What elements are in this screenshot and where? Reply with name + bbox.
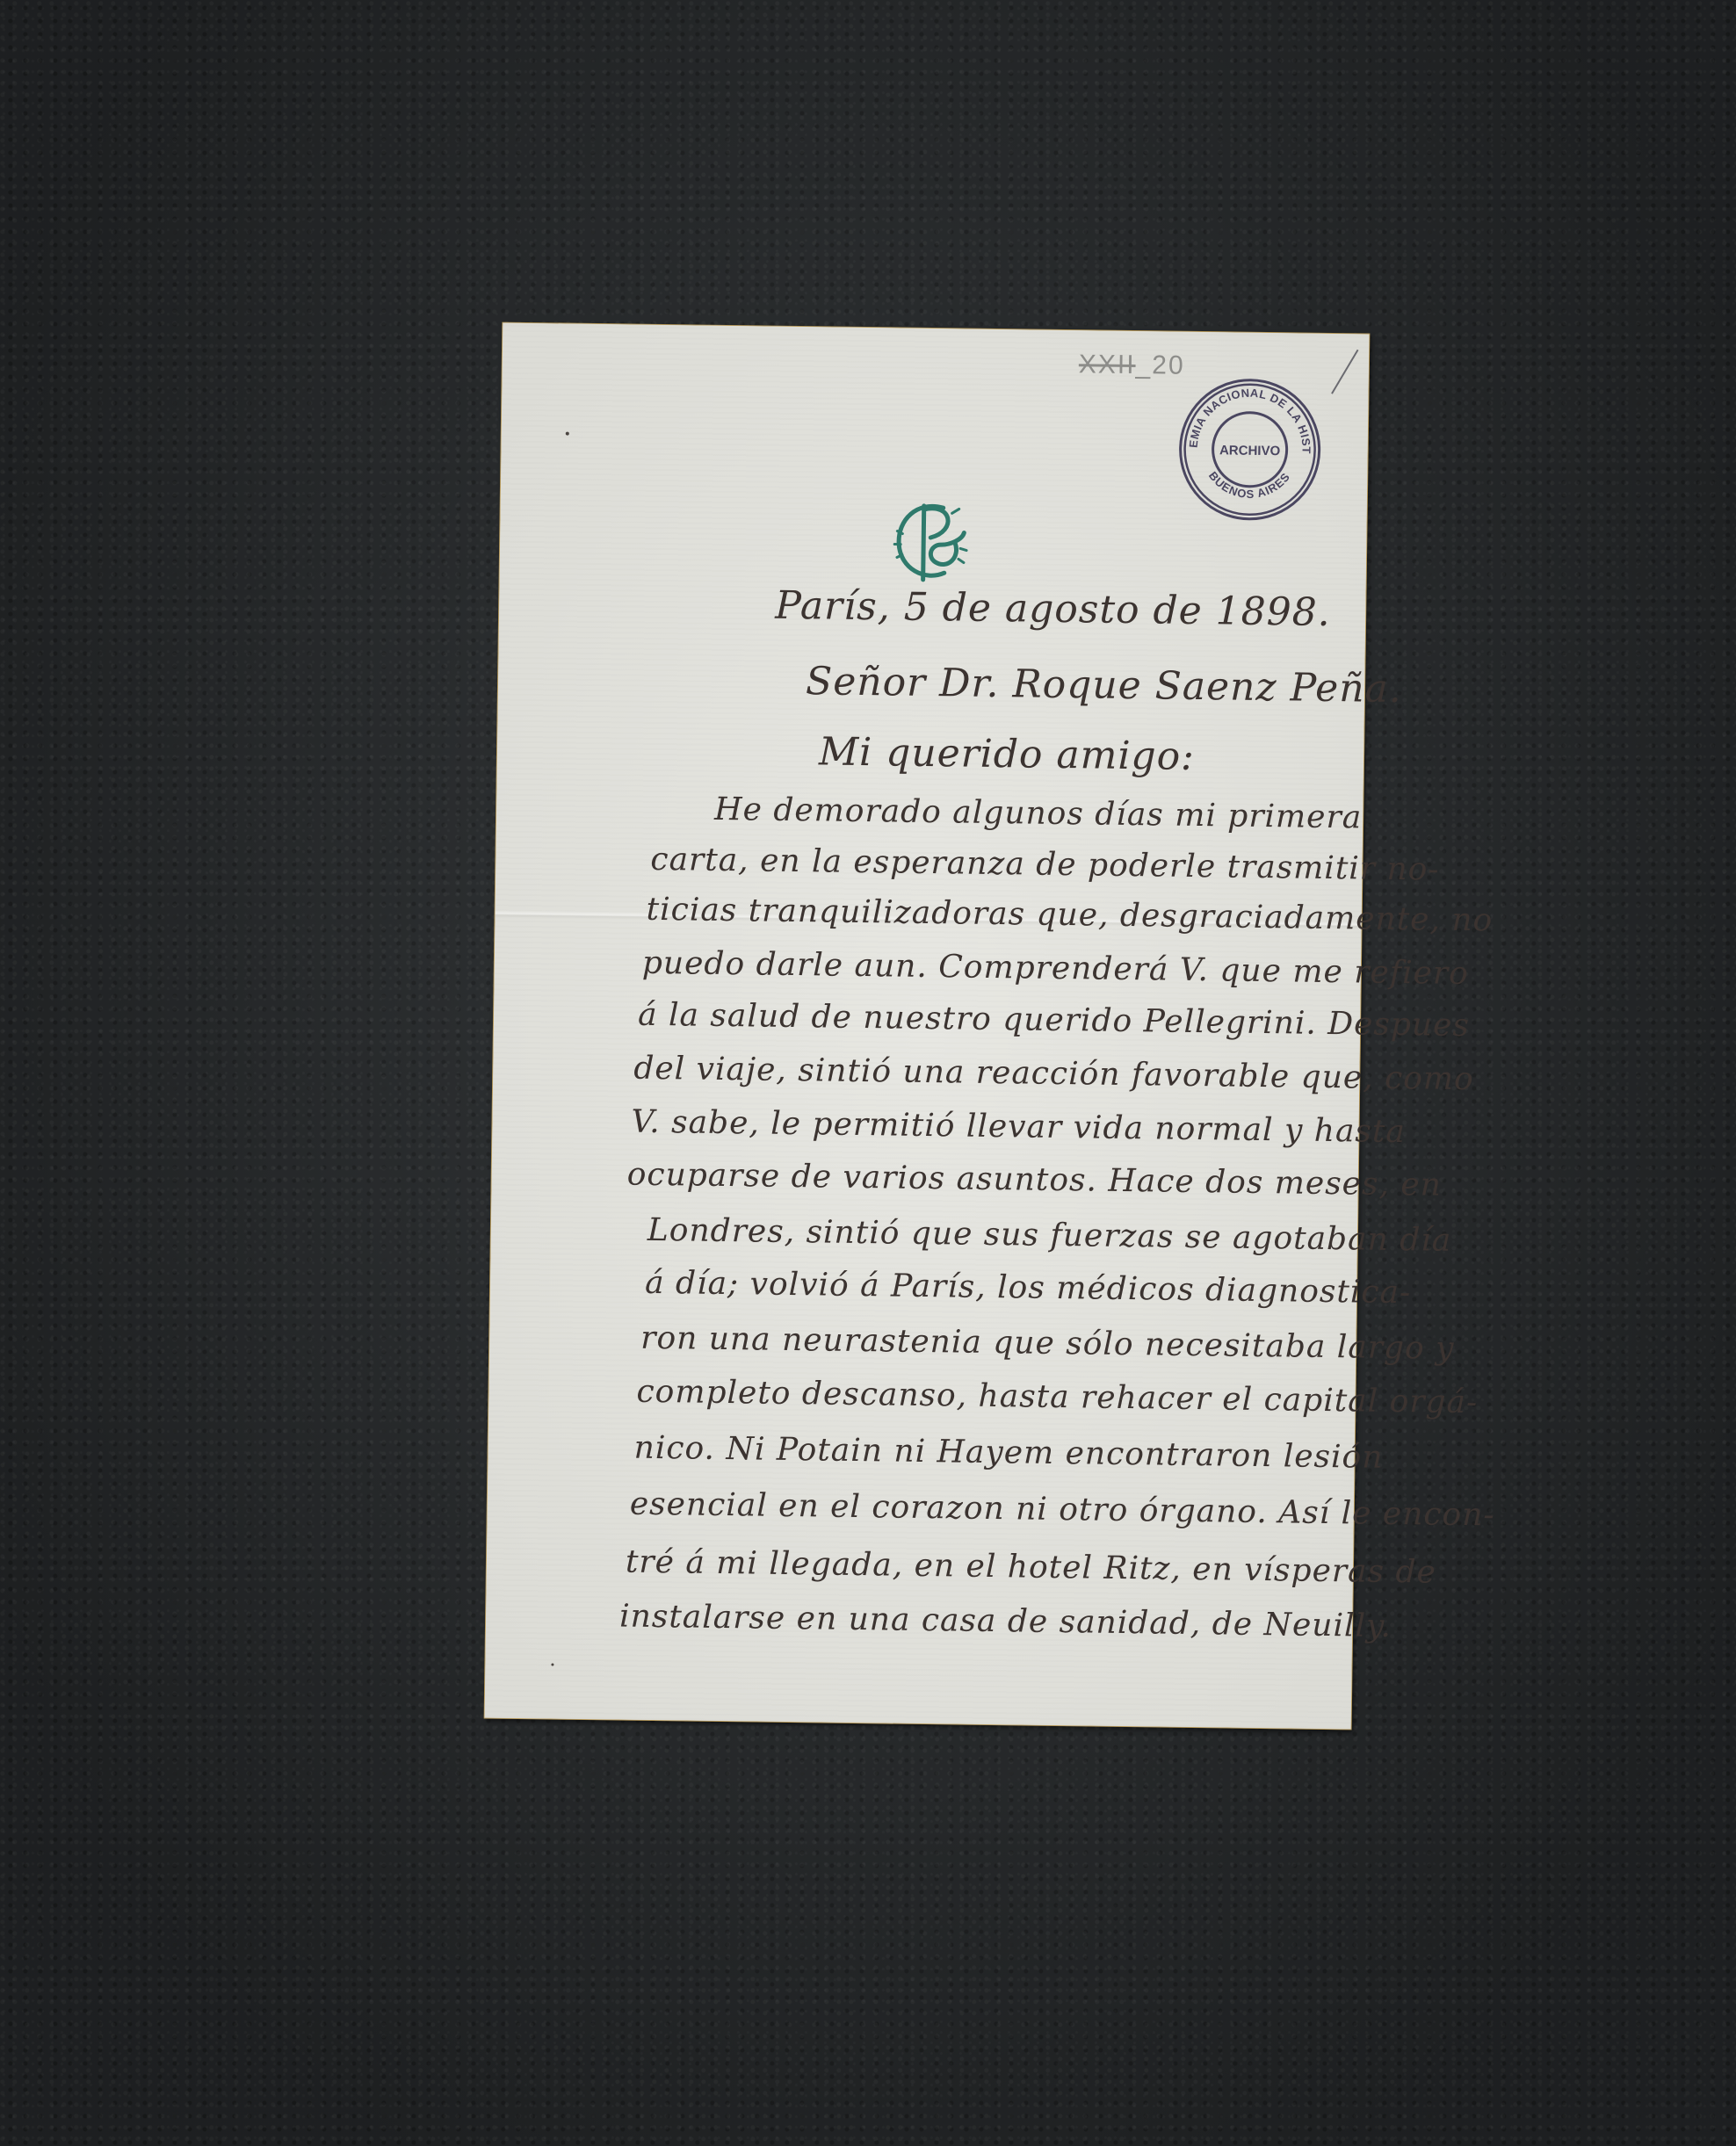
letter-date-line: París, 5 de agosto de 1898. [775, 583, 1331, 635]
letter-line: nico. Ni Potain ni Hayem encontraron les… [633, 1430, 1383, 1476]
letter-line: instalarse en una casa de sanidad, de Ne… [619, 1598, 1392, 1644]
letter-recipient: Señor Dr. Roque Saenz Peña. [806, 659, 1402, 712]
letter-line: puedo darle aun. Comprenderá V. que me r… [642, 945, 1469, 992]
archive-number-struck: XXII [1079, 350, 1136, 379]
letter-line: V. sabe, le permitió llevar vida normal … [631, 1104, 1406, 1151]
letter-line: ocuparse de varios asuntos. Hace dos mes… [626, 1157, 1442, 1203]
letter-line: Londres, sintió que sus fuerzas se agota… [647, 1212, 1452, 1259]
letter-line: del viaje, sintió una reacción favorable… [633, 1051, 1474, 1098]
stamp-text-top: ACADEMIA NACIONAL DE LA HISTORIA [1177, 377, 1314, 454]
ink-speck [551, 1663, 553, 1665]
letter-sheet: XXII_20 ACADEMIA NACIONAL DE LA HISTORIA… [485, 323, 1370, 1730]
archive-number: XXII_20 [1079, 350, 1185, 381]
letter-line: completo descanso, hasta rehacer el capi… [636, 1374, 1478, 1421]
pencil-mark [1331, 350, 1358, 394]
letter-line: ron una neurastenia que sólo necesitaba … [640, 1320, 1455, 1367]
letter-line: tré á mi llegada, en el hotel Ritz, en v… [626, 1544, 1436, 1591]
letter-line: á día; volvió á París, los médicos diagn… [645, 1265, 1412, 1311]
letter-salutation: Mi querido amigo: [819, 729, 1196, 779]
letter-line: á la salud de nuestro querido Pellegrini… [638, 997, 1470, 1044]
monogram-crest-icon [890, 495, 972, 587]
ink-speck [566, 432, 569, 436]
stamp-text-bottom: BUENOS AIRES [1206, 469, 1293, 502]
svg-text:ACADEMIA NACIONAL DE LA HISTOR: ACADEMIA NACIONAL DE LA HISTORIA [1177, 377, 1314, 454]
letter-line: carta, en la esperanza de poderle trasmi… [650, 842, 1440, 888]
svg-text:BUENOS AIRES: BUENOS AIRES [1206, 469, 1293, 502]
archive-stamp-icon: ACADEMIA NACIONAL DE LA HISTORIA BUENOS … [1177, 377, 1323, 523]
letter-line: He demorado algunos días mi primera [714, 791, 1363, 836]
stamp-text-center: ARCHIVO [1219, 443, 1281, 459]
